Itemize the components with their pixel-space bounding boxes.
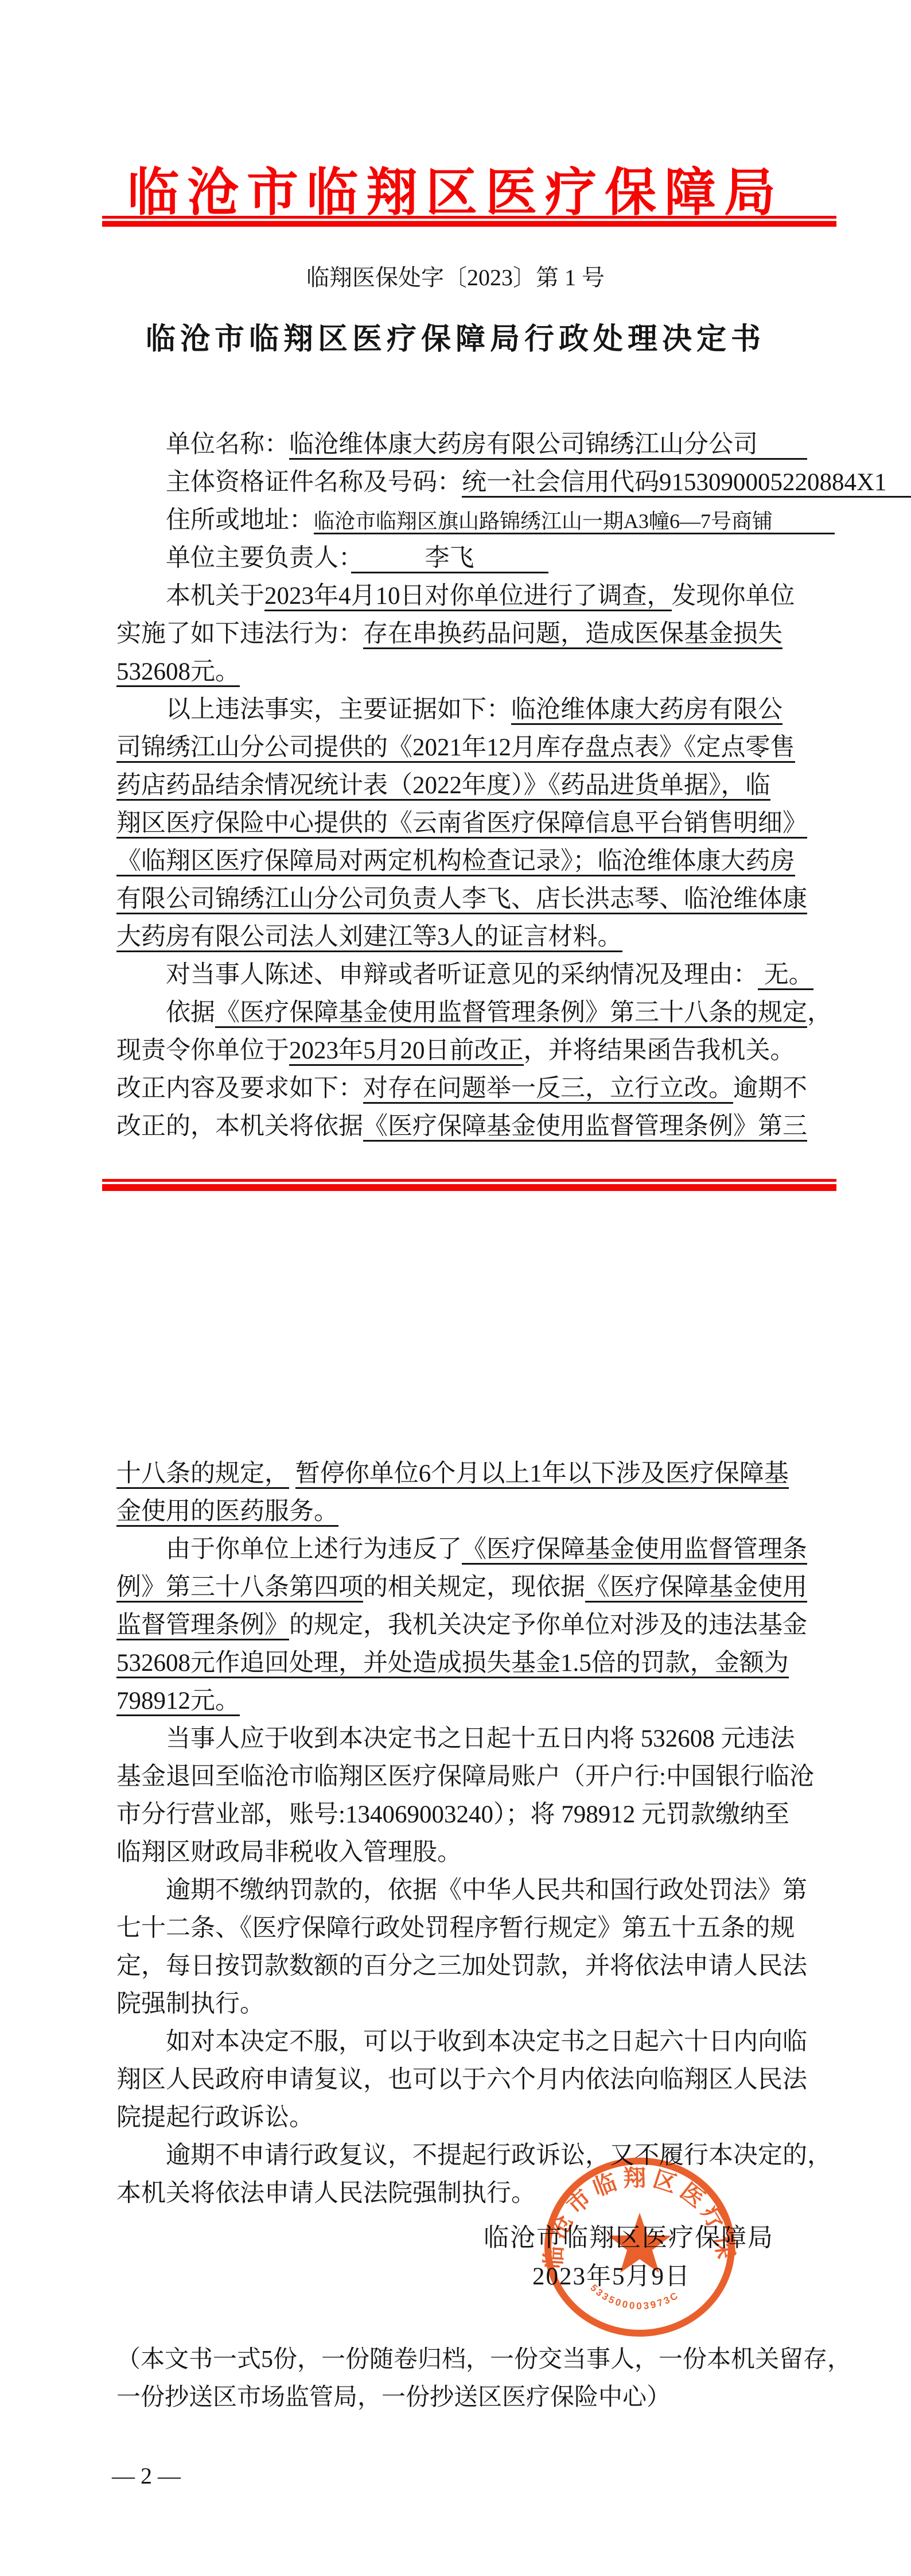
filled-in-text: 无。: [758, 961, 813, 990]
text-line: 翔区医疗保险中心提供的《云南省医疗保障信息平台销售明细》: [116, 805, 811, 843]
seal-code: 533500003973C: [588, 2282, 681, 2311]
text-line: 七十二条、《医疗保障行政处罚程序暂行规定》第五十五条的规: [116, 1910, 811, 1947]
text-line: 司锦绣江山分公司提供的《2021年12月库存盘点表》《定点零售: [116, 729, 811, 767]
distribution-note: （本文书一式5份，一份随卷归档，一份交当事人，一份本机关留存，一份抄送区市场监管…: [116, 2341, 862, 2416]
template-text: ，: [807, 999, 832, 1026]
text-line: 大药房有限公司法人刘建江等3人的证言材料。: [116, 918, 811, 956]
text-line: 532608元。: [116, 653, 811, 691]
filled-in-text: 临沧市临翔区旗山路锦绣江山一期A3幢6—7号商铺: [314, 510, 835, 534]
text-line: 住所或地址：临沧市临翔区旗山路锦绣江山一期A3幢6—7号商铺: [116, 502, 811, 540]
text-line: 例》第三十八条第四项的相关规定，现依据《医疗保障基金使用: [116, 1569, 811, 1607]
text-line: 《临翔区医疗保障局对两定机构检查记录》；临沧维体康大药房: [116, 843, 811, 880]
filled-in-text: 司锦绣江山分公司提供的《2021年12月库存盘点表》《定点零售: [116, 734, 795, 763]
text-line: 定，每日按罚款数额的百分之三加处罚款，并将依法申请人民法: [116, 1947, 811, 1985]
template-text: 改正的，本机关将依据: [116, 1113, 363, 1140]
page-separator-rule-thin: [102, 1179, 836, 1182]
filled-in-text: 药店药品结余情况统计表（2022年度）》《药品进货单据》，临: [116, 772, 770, 801]
template-text: 逾期不缴纳罚款的，依据《中华人民共和国行政处罚法》第: [166, 1877, 807, 1904]
template-text: ，并将结果函告我机关。: [524, 1037, 795, 1064]
template-text: 对当事人陈述、申辩或者听证意见的采纳情况及理由：: [166, 961, 758, 988]
text-line: 由于你单位上述行为违反了《医疗保障基金使用监督管理条: [116, 1531, 811, 1569]
template-text: 一份抄送区市场监管局，一份抄送区医疗保险中心）: [116, 2384, 671, 2411]
template-text: 以上违法事实，主要证据如下：: [166, 696, 511, 723]
template-text: 当事人应于收到本决定书之日起十五日内将 532608 元违法: [166, 1725, 795, 1752]
text-line: 药店药品结余情况统计表（2022年度）》《药品进货单据》，临: [116, 767, 811, 805]
text-line: 实施了如下违法行为：存在串换药品问题，造成医保基金损失: [116, 615, 811, 653]
filled-in-text: 《医疗保障基金使用监督管理条例》第三: [363, 1113, 807, 1142]
template-text: 发现你单位: [672, 583, 795, 610]
text-line: 临翔区财政局非税收入管理股。: [116, 1834, 811, 1872]
text-line: 有限公司锦绣江山分公司负责人李飞、店长洪志琴、临沧维体康: [116, 880, 811, 918]
template-text: 定，每日按罚款数额的百分之三加处罚款，并将依法申请人民法: [116, 1953, 807, 1980]
filled-in-text: 暂停你单位6个月以上1年以下涉及医疗保障基: [295, 1460, 789, 1489]
template-text: 主体资格证件名称及号码：: [166, 469, 462, 496]
template-text: 依据: [166, 999, 215, 1026]
text-line: 一份抄送区市场监管局，一份抄送区医疗保险中心）: [116, 2379, 862, 2416]
star-icon: [608, 2213, 671, 2273]
text-line: 翔区人民政府申请复议，也可以于六个月内依法向临翔区人民法: [116, 2061, 811, 2099]
filled-in-text: 2023年4月10日对你单位进行了调查，: [264, 583, 672, 611]
document-reference-number: 临翔医保处字〔2023〕第 1 号: [0, 259, 911, 292]
template-text: 的规定，我机关决定予你单位对涉及的违法基金: [289, 1612, 807, 1639]
page: { "doc": { "header_title": "临沧市临翔区医疗保障局"…: [0, 0, 911, 2576]
template-text: 市分行营业部，账号:134069003240）；将 798912 元罚款缴纳至: [116, 1801, 789, 1828]
filled-in-text: 临沧维体康大药房有限公司锦绣江山分公司: [289, 431, 807, 460]
filled-in-text: 十八条的规定，: [116, 1460, 289, 1489]
template-text: 由于你单位上述行为违反了: [166, 1536, 462, 1563]
template-text: 逾期不: [733, 1075, 807, 1102]
text-line: 当事人应于收到本决定书之日起十五日内将 532608 元违法: [116, 1720, 811, 1758]
filled-in-text: 统一社会信用代码9153090005220884X1: [462, 469, 911, 498]
text-line: 798912元。: [116, 1682, 811, 1720]
text-line: 院提起行政诉讼。: [116, 2099, 811, 2137]
template-text: 院强制执行。: [116, 1991, 264, 2018]
filled-in-text: 《医疗保障基金使用监督管理条: [462, 1536, 807, 1565]
text-line: 十八条的规定， 暂停你单位6个月以上1年以下涉及医疗保障基: [116, 1455, 811, 1493]
text-line: 改正的，本机关将依据《医疗保障基金使用监督管理条例》第三: [116, 1108, 811, 1146]
red-rule-thin-top: [102, 216, 836, 219]
text-line: 逾期不缴纳罚款的，依据《中华人民共和国行政处罚法》第: [116, 1872, 811, 1910]
red-rule-thick-top: [102, 221, 836, 227]
text-line: 院强制执行。: [116, 1985, 811, 2023]
text-line: 监督管理条例》的规定，我机关决定予你单位对涉及的违法基金: [116, 1607, 811, 1644]
text-line: 以上违法事实，主要证据如下：临沧维体康大药房有限公: [116, 691, 811, 729]
text-line: 依据《医疗保障基金使用监督管理条例》第三十八条的规定，: [116, 994, 811, 1032]
page2-body-text: 十八条的规定， 暂停你单位6个月以上1年以下涉及医疗保障基金使用的医药服务。由于…: [116, 1455, 811, 2213]
template-text: 现责令你单位于: [116, 1037, 289, 1064]
filled-in-text: 临沧维体康大药房有限公: [511, 696, 782, 725]
text-line: （本文书一式5份，一份随卷归档，一份交当事人，一份本机关留存，: [116, 2341, 862, 2379]
template-text: 翔区人民政府申请复议，也可以于六个月内依法向临翔区人民法: [116, 2066, 807, 2093]
template-text: 如对本决定不服，可以于收到本决定书之日起六十日内向临: [166, 2028, 807, 2055]
text-line: 主体资格证件名称及号码：统一社会信用代码9153090005220884X1: [116, 464, 811, 502]
text-line: 对当事人陈述、申辩或者听证意见的采纳情况及理由： 无。: [116, 956, 811, 994]
filled-in-text: 金使用的医药服务。: [116, 1498, 338, 1527]
filled-in-text: 《医疗保障基金使用: [585, 1574, 807, 1603]
text-line: 金使用的医药服务。: [116, 1493, 811, 1531]
page1-body-text: 单位名称：临沧维体康大药房有限公司锦绣江山分公司 主体资格证件名称及号码：统一社…: [116, 426, 811, 1146]
template-text: （本文书一式5份，一份随卷归档，一份交当事人，一份本机关留存，: [116, 2346, 851, 2373]
filled-in-text: 2023年5月20日前改正: [289, 1037, 524, 1066]
template-text: 基金退回至临沧市临翔区医疗保障局账户（开户行:中国银行临沧: [116, 1763, 814, 1790]
filled-in-text: 李飞: [351, 545, 548, 573]
filled-in-text: 例》第三十八条第四项: [116, 1574, 363, 1603]
document-title: 临沧市临翔区医疗保障局行政处理决定书: [0, 315, 911, 358]
template-text: 住所或地址：: [166, 507, 314, 534]
text-line: 现责令你单位于2023年5月20日前改正，并将结果函告我机关。: [116, 1032, 811, 1070]
template-text: 实施了如下违法行为：: [116, 620, 363, 647]
text-line: 如对本决定不服，可以于收到本决定书之日起六十日内向临: [116, 2023, 811, 2061]
filled-in-text: 监督管理条例》: [116, 1612, 289, 1640]
template-text: 本机关于: [166, 583, 264, 610]
page-number: — 2 —: [112, 2462, 181, 2489]
template-text: 改正内容及要求如下：: [116, 1075, 363, 1102]
template-text: 的相关规定，现依据: [363, 1574, 585, 1601]
template-text: [289, 1460, 295, 1487]
red-letterhead-title: 临沧市临翔区医疗保障局: [0, 150, 911, 225]
filled-in-text: 《医疗保障基金使用监督管理条例》第三十八条的规定: [215, 999, 807, 1028]
text-line: 改正内容及要求如下：对存在问题举一反三，立行立改。逾期不: [116, 1070, 811, 1108]
page-separator-rule-thick: [102, 1184, 836, 1191]
template-text: 七十二条、《医疗保障行政处罚程序暂行规定》第五十五条的规: [116, 1915, 795, 1942]
filled-in-text: 《临翔区医疗保障局对两定机构检查记录》；临沧维体康大药房: [116, 848, 795, 876]
text-line: 单位主要负责人： 李飞: [116, 540, 811, 577]
template-text: 临翔区财政局非税收入管理股。: [116, 1839, 462, 1866]
filled-in-text: 对存在问题举一反三，立行立改。: [363, 1075, 733, 1104]
text-line: 基金退回至临沧市临翔区医疗保障局账户（开户行:中国银行临沧: [116, 1758, 811, 1796]
filled-in-text: 798912元。: [116, 1687, 240, 1716]
text-line: 本机关于2023年4月10日对你单位进行了调查，发现你单位: [116, 577, 811, 615]
official-seal: 临沧市临翔区医疗保障局 533500003973C: [542, 2155, 737, 2339]
filled-in-text: 532608元。: [116, 658, 240, 687]
filled-in-text: 有限公司锦绣江山分公司负责人李飞、店长洪志琴、临沧维体康: [116, 886, 807, 914]
template-text: 本机关将依法申请人民法院强制执行。: [116, 2180, 536, 2207]
text-line: 市分行营业部，账号:134069003240）；将 798912 元罚款缴纳至: [116, 1796, 811, 1834]
filled-in-text: 存在串换药品问题，造成医保基金损失: [363, 620, 782, 649]
filled-in-text: 翔区医疗保险中心提供的《云南省医疗保障信息平台销售明细》: [116, 810, 807, 839]
text-line: 单位名称：临沧维体康大药房有限公司锦绣江山分公司: [116, 426, 811, 464]
template-text: 单位名称：: [166, 431, 289, 458]
filled-in-text: 532608元作追回处理，并处造成损失基金1.5倍的罚款，金额为: [116, 1650, 789, 1678]
template-text: 院提起行政诉讼。: [116, 2104, 314, 2131]
template-text: 单位主要负责人：: [166, 545, 351, 572]
text-line: 532608元作追回处理，并处造成损失基金1.5倍的罚款，金额为: [116, 1644, 811, 1682]
filled-in-text: 大药房有限公司法人刘建江等3人的证言材料。: [116, 924, 622, 952]
